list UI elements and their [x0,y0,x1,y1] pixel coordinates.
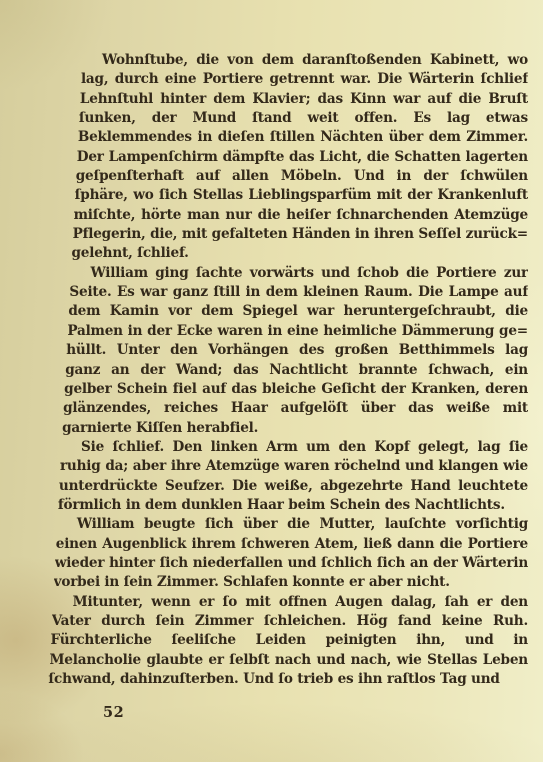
page-number: 52 [103,704,124,721]
text-line: miſchte, hörte man nur die heiſer ſchnar… [74,206,528,225]
text-line: wieder hinter ſich niederfallen und ſchl… [55,554,528,573]
text-line: unterdrückte Seufzer. Die weiße, abgezeh… [59,477,528,496]
text-line: gelehnt, ſchlief. [72,244,529,263]
text-line: Vater durch ſein Zimmer ſchleichen. Hög … [52,612,528,631]
text-line: William ging ſachte vorwärts und ſchob d… [70,264,528,283]
text-line: Mitunter, wenn er ſo mit offnen Augen da… [53,593,528,612]
text-line: gelber Schein fiel auf das bleiche Geſic… [64,380,528,399]
text-line: ſphäre, wo ſich Stellas Lieblingsparfüm … [75,186,528,205]
text-line: Pflegerin, die, mit gefalteten Händen in… [73,225,528,244]
text-line: vorbei in ſein Zimmer. Schlafen konnte e… [54,573,528,592]
paragraph: Sie ſchlief. Den linken Arm um den Kopf … [82,438,528,515]
text-line: Beklemmendes in dieſen ſtillen Nächten ü… [78,128,528,147]
text-line: Der Lampenſchirm dämpfte das Licht, die … [77,148,528,167]
text-line: garnierte Kiſſen herabfiel. [62,419,528,438]
text-line: dem Kamin vor dem Spiegel war herunterge… [68,302,528,321]
text-line: einen Augenblick ihrem ſchweren Atem, li… [56,535,528,554]
paragraph: Wohnſtube, die von dem daranſtoßenden Ka… [82,51,528,264]
text-line: Fürchterliche ſeeliſche Leiden peinigten… [51,631,529,650]
text-line: glänzendes, reiches Haar aufgelöſt über … [63,399,528,418]
text-line: Melancholie glaubte er ſelbſt nach und n… [49,651,528,670]
text-line: ſunken, der Mund ſtand weit offen. Es la… [79,109,528,128]
text-line: hüllt. Unter den Vorhängen des großen Be… [66,341,528,360]
text-line: Sie ſchlief. Den linken Arm um den Kopf … [61,438,528,457]
book-page-scan: Wohnſtube, die von dem daranſtoßenden Ka… [0,0,543,762]
paragraph: Mitunter, wenn er ſo mit offnen Augen da… [82,593,528,690]
body-text: Wohnſtube, die von dem daranſtoßenden Ka… [82,51,528,689]
paragraph: William ging ſachte vorwärts und ſchob d… [82,264,528,438]
text-line: Palmen in der Ecke waren in eine heimlic… [67,322,528,341]
text-line: lag, durch eine Portiere getrennt war. D… [81,70,528,89]
paragraph: William beugte ſich über die Mutter, lau… [82,515,528,592]
text-line: Wohnſtube, die von dem daranſtoßenden Ka… [82,51,528,70]
text-line: ganz an der Wand; das Nachtlicht brannte… [65,361,528,380]
text-line: ſchwand, dahinzuſterben. Und ſo trieb es… [48,670,528,689]
text-line: William beugte ſich über die Mutter, lau… [57,515,528,534]
text-line: ruhig da; aber ihre Atemzüge waren röche… [60,457,528,476]
text-line: Lehnſtuhl hinter dem Klavier; das Kinn w… [80,90,528,109]
text-line: geſpenſterhaft auf allen Möbeln. Und in … [76,167,528,186]
text-line: Seite. Es war ganz ſtill in dem kleinen … [69,283,528,302]
text-line: förmlich in dem dunklen Haar beim Schein… [58,496,528,515]
